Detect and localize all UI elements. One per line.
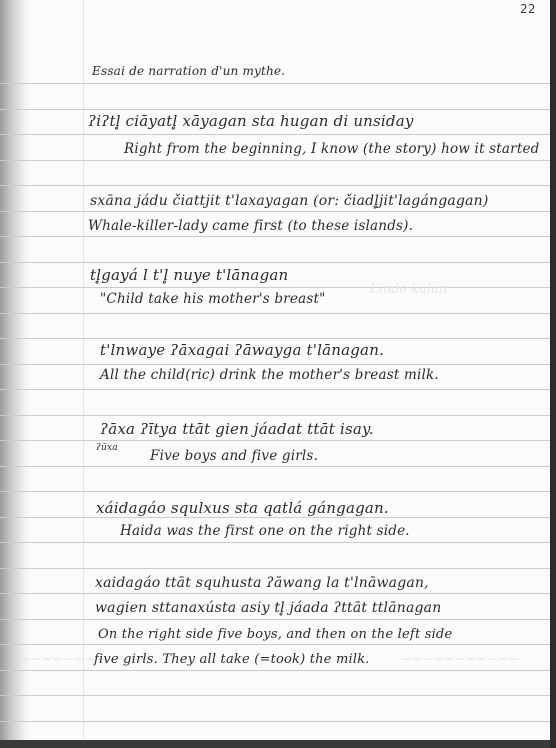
- ruled-line: [0, 160, 550, 161]
- ruled-line: [0, 644, 550, 645]
- ruled-line: [0, 721, 550, 722]
- notebook-page: Linde kalan ~~~~~~~~~~~~ ~~~~~~~~~~~ 22 …: [0, 0, 550, 744]
- english-translation: Haida was the first one on the right sid…: [120, 523, 410, 539]
- english-translation: "Child take his mother's breast": [100, 291, 326, 307]
- haida-line: sxāna jádu čiattjit t'laxayagan (or: čia…: [90, 193, 489, 209]
- ruled-line: [0, 83, 550, 84]
- ruled-line: [0, 466, 550, 467]
- haida-line: tl̥gayá l t'l̥ nuye t'lānagan: [90, 266, 288, 284]
- english-translation: five girls. They all take (=took) the mi…: [94, 652, 370, 667]
- ruled-line: [0, 389, 550, 390]
- ruled-line: [0, 517, 550, 518]
- haida-line: xáidagáo squlxus sta qatlá gángagan.: [96, 499, 389, 517]
- ruled-line: [0, 338, 550, 339]
- ruled-line: [0, 593, 550, 594]
- ruled-line: [0, 568, 550, 569]
- ruled-line: [0, 287, 550, 288]
- haida-line: wagien sttanaxústa asiy tl̥ jáada ʔttāt …: [95, 600, 441, 616]
- ruled-line: [0, 313, 550, 314]
- binding-shadow: [0, 0, 30, 744]
- english-translation: Right from the beginning, I know (the st…: [124, 141, 540, 157]
- haida-line: ʔāxa ʔītya ttāt gien jáadat ttāt isay.: [100, 420, 374, 438]
- bleed-through-text: Linde kalan: [370, 282, 447, 297]
- ruled-line: [0, 415, 550, 416]
- page-heading: Essai de narration d'un mythe.: [92, 64, 285, 78]
- ruled-line: [0, 211, 550, 212]
- english-translation: Five boys and five girls.: [150, 448, 318, 464]
- ruled-line: [0, 619, 550, 620]
- english-translation: On the right side five boys, and then on…: [98, 627, 452, 642]
- scan-bottom-edge: [0, 740, 550, 744]
- ruled-line: [0, 695, 550, 696]
- bleed-through-text: ~~~~~~~~~~~: [400, 652, 520, 667]
- margin-line: [83, 0, 84, 744]
- haida-line: ʔiʔtl̥ ciāyatl̥ xāyagan sta hugan di uns…: [88, 112, 414, 130]
- haida-line: xaidagáo ttāt squhusta ʔāwang la t'lnāwa…: [95, 575, 429, 591]
- ruled-line: [0, 134, 550, 135]
- english-translation: Whale-killer-lady came first (to these i…: [88, 218, 413, 234]
- ruled-line: [0, 109, 550, 110]
- ruled-line: [0, 670, 550, 671]
- scan-right-edge: [550, 0, 556, 748]
- haida-line: t'lnwaye ʔāxagai ʔāwayga t'lānagan.: [100, 341, 384, 359]
- ruled-line: [0, 542, 550, 543]
- ruled-line: [0, 491, 550, 492]
- page-number: 22: [520, 2, 536, 16]
- english-translation: All the child(ric) drink the mother's br…: [100, 367, 439, 383]
- variant-note: ʔūxa: [96, 443, 118, 453]
- ruled-line: [0, 236, 550, 237]
- ruled-line: [0, 440, 550, 441]
- ruled-line: [0, 185, 550, 186]
- ruled-line: [0, 364, 550, 365]
- ruled-line: [0, 262, 550, 263]
